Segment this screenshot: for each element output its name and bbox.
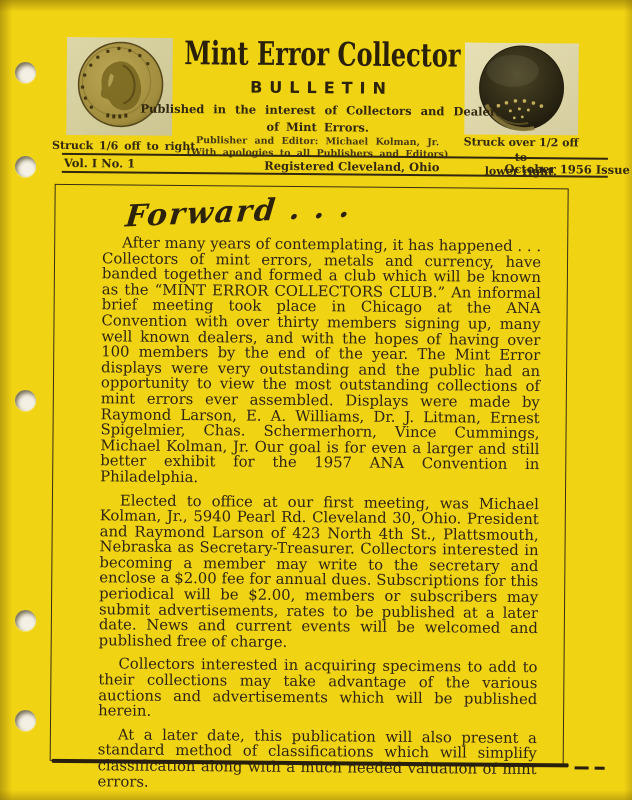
- newsletter-page-photo: { "document": { "masthead": { "title": "…: [0, 0, 632, 800]
- article-heading: Forward . . .: [124, 189, 353, 234]
- article-paragraph-2: Elected to office at our first meeting, …: [99, 493, 539, 653]
- article-paragraph-3: Collectors interested in acquiring speci…: [98, 657, 538, 723]
- article-box: Forward . . . After many years of contem…: [50, 184, 569, 765]
- bottom-rule-dash: [595, 767, 605, 770]
- article-body: After many years of contemplating, it ha…: [50, 228, 567, 794]
- left-figure-caption: Struck 1/6 off to right.: [52, 139, 186, 153]
- masthead-tagline-line1: Published in the interest of Collectors …: [140, 102, 495, 119]
- masthead-title: Mint Error Collector: [184, 35, 452, 75]
- masthead-tagline-line2: of Mint Errors.: [150, 119, 485, 136]
- printed-content: Mint Error Collector BULLETIN Published …: [0, 0, 632, 800]
- volume-number: Vol. I No. 1: [64, 156, 135, 171]
- article-paragraph-1: After many years of contemplating, it ha…: [100, 235, 541, 488]
- bottom-rule-dash: [575, 766, 589, 769]
- masthead-subtitle: BULLETIN: [150, 77, 485, 99]
